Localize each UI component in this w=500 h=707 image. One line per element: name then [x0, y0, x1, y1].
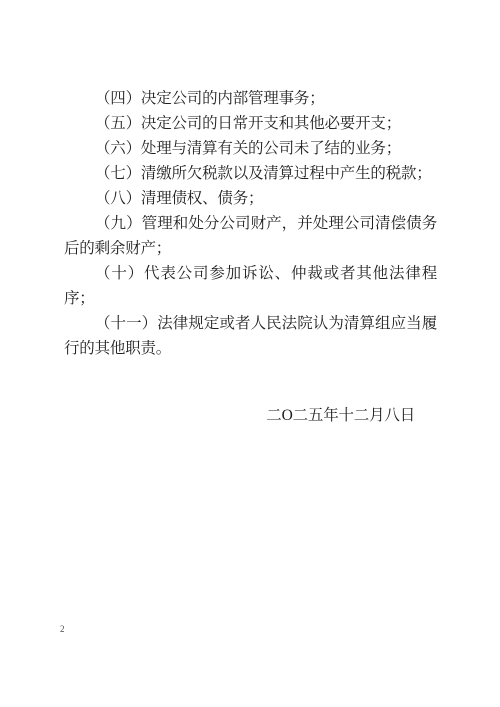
paragraph-item-9: （九）管理和处分公司财产，并处理公司清偿债务后的剩余财产； [64, 211, 437, 261]
document-body: （四）决定公司的内部管理事务； （五）决定公司的日常开支和其他必要开支； （六）… [64, 86, 437, 428]
paragraph-item-7: （七）清缴所欠税款以及清算过程中产生的税款； [64, 161, 437, 186]
page-number: 2 [60, 623, 65, 635]
paragraph-item-8: （八）清理债权、债务； [64, 186, 437, 211]
document-page: （四）决定公司的内部管理事务； （五）决定公司的日常开支和其他必要开支； （六）… [0, 0, 500, 707]
paragraph-item-11: （十一）法律规定或者人民法院认为清算组应当履行的其他职责。 [64, 311, 437, 361]
paragraph-item-6: （六）处理与清算有关的公司未了结的业务； [64, 136, 437, 161]
date-line: 二O二五年十二月八日 [64, 403, 437, 428]
paragraph-item-10: （十）代表公司参加诉讼、仲裁或者其他法律程序； [64, 261, 437, 311]
paragraph-item-4: （四）决定公司的内部管理事务； [64, 86, 437, 111]
paragraph-item-5: （五）决定公司的日常开支和其他必要开支； [64, 111, 437, 136]
